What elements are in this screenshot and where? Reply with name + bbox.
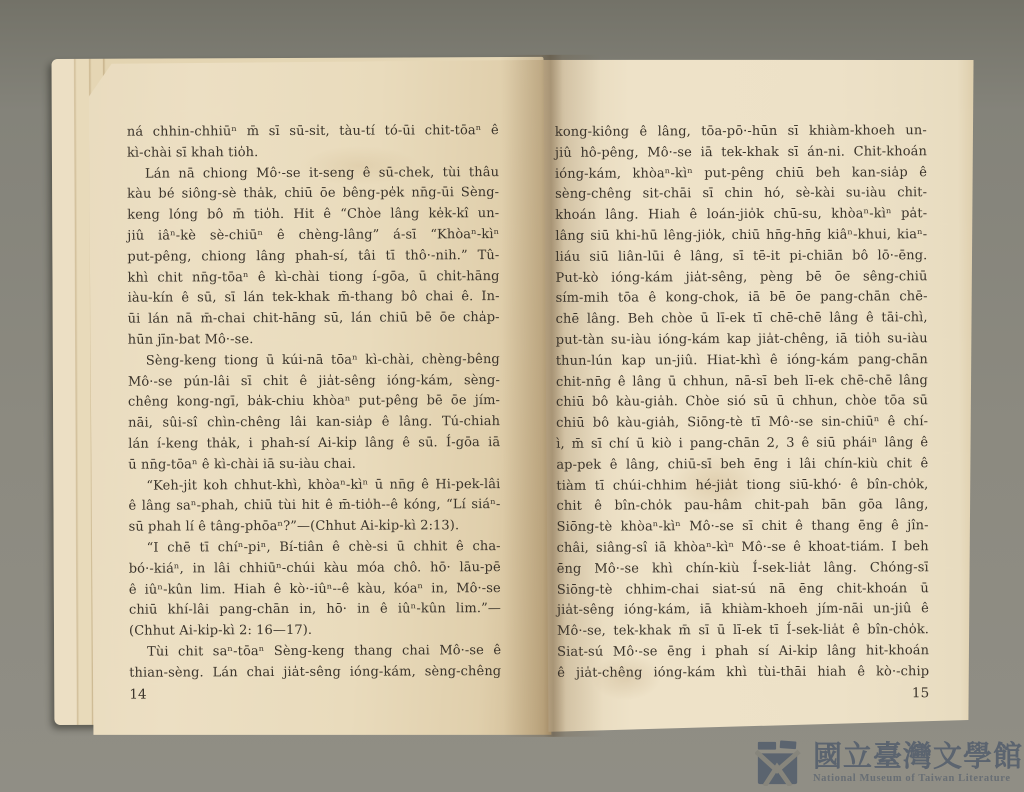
text-line: Tùi chit saⁿ-tōaⁿ Sèng-keng thang chai M… [129,641,501,663]
text-line: Siat-sú Mô·-se ēng i phah sí Ai-ki̍p lân… [557,641,929,663]
text-line: nāi, sûi-sî chìn-chêng lâi kan-sia̍p ê l… [128,412,500,434]
text-line: jiû hô-pêng, Mô·-se iā tek-khak sī án-ni… [555,142,927,164]
text-line: Put-kò ióng-kám jia̍t-sêng, pèng bē ōe s… [555,267,927,289]
book-spread: ná chhin-chhiūⁿ m̄ sī sū-si̍t, tàu-tí tó… [49,53,978,741]
text-line: chit ê bîn-cho̍k pau-hâm chit-pah bān gō… [556,496,928,518]
text-line: ióng-kám, khòaⁿ-kìⁿ put-pêng chiū beh ka… [555,163,927,185]
text-line: kong-kiông ê lâng, tōa-pō·-hūn sī khiàm-… [555,121,927,143]
text-line: tiàm tī chúi-chhim hé-jia̍t tiong siū-kh… [556,475,928,497]
page-left-text: ná chhin-chhiūⁿ m̄ sī sū-si̍t, tàu-tí tó… [127,121,502,705]
text-line: jia̍t-sêng ióng-kám, iā khiàm-khoeh jím-… [557,600,929,622]
text-line: ê jia̍t-chêng ióng-kám khì tùi-thāi hiah… [557,662,929,684]
page-left-lines: ná chhin-chhiūⁿ m̄ sī sū-si̍t, tàu-tí tó… [127,121,501,684]
text-line: liáu siū liân-lūi ê lâng, sī tē-it pi-ch… [555,246,927,268]
museum-logo-icon [755,740,801,786]
text-line: jiû iâⁿ-kè sè-chiūⁿ ê chèng-lâng” á-sī “… [127,225,499,247]
text-line: sím-mih tōa ê kong-chok, iā bē ōe pang-c… [556,288,928,310]
text-line: Mô·-se, tek-khak m̄ sī ū lī-ek tī Í-sek-… [557,620,929,642]
text-line: “Keh-ji̍t koh chhut-khì, khòaⁿ-kìⁿ ū nn̄… [128,475,500,497]
text-line: ap-pek ê lâng, chiū-sī beh ēng i lâi chí… [556,454,928,476]
text-line: khoán lâng. Hiah ê loán-jio̍k chū-su, kh… [555,204,927,226]
text-line: Mô·-se pún-lâi sī chi̍t ê jia̍t-sêng ión… [128,371,500,393]
text-line: ná chhin-chhiūⁿ m̄ sī sū-si̍t, tàu-tí tó… [127,121,499,143]
text-line: ū nn̄g-tōaⁿ ê kì-chài iā su-iàu chai. [128,454,500,476]
text-line: lán í-keng tha̍k, i phah-sí Ai-ki̍p lâng… [128,433,500,455]
museum-name-en: National Museum of Taiwan Literature [813,773,1023,784]
text-line: chiū khí-lâi pang-chān in, hō· in ê iûⁿ-… [129,599,501,621]
page-right-text: kong-kiông ê lâng, tōa-pō·-hūn sī khiàm-… [555,121,930,705]
text-line: keng lóng bô m̄ tio̍h. Hit ê “Chòe lâng … [127,204,499,226]
page-number-left: 14 [129,683,501,705]
text-line: Lán nā chiong Mô·-se it-seng ê sū-chek, … [127,163,499,185]
text-line: ì, m̄ sī chí ū kiò i pang-chān 2, 3 ê si… [556,433,928,455]
text-line: Siōng-tè khòaⁿ-kìⁿ Mô·-se sī chit ê than… [557,516,929,538]
text-line: châi, siâng-sî iā khòaⁿ-kìⁿ Mô·-se ê kho… [557,537,929,559]
text-line: thun-lún kap un-jiû. Hiat-khì ê ióng-kám… [556,350,928,372]
text-line: ūi lán nā m̄-chai chit-hāng sū, lán chiū… [128,308,500,330]
text-line: ê lâng saⁿ-phah, chiū tùi hit ê m̄-tio̍h… [128,495,500,517]
text-line: Siōng-tè chhim-chai siat-sú nā ēng chit-… [557,579,929,601]
text-line: khì chit nn̄g-tōaⁿ ê kì-chài tiong í-gōa… [127,267,499,289]
text-line: chiū bô kàu-gia̍h, Siōng-tè tī Mô·-se si… [556,412,928,434]
text-line: ēng Mô·-se khì chín-kiù Í-sek-lia̍t lâng… [557,558,929,580]
text-line: Sèng-keng tiong ū kúi-nā tōaⁿ kì-chài, c… [128,350,500,372]
text-line: “I chē tī chíⁿ-piⁿ, Bí-tiân ê chè-si ū c… [129,537,501,559]
text-line: chē lâng. Beh chòe ū lī-ek tī chē-chē lâ… [556,308,928,330]
text-line: chêng kong-ngī, ba̍k-chiu khòaⁿ put-pêng… [128,391,500,413]
photo-background: ná chhin-chhiūⁿ m̄ sī sū-si̍t, tàu-tí tó… [0,0,1024,792]
museum-watermark: 國立臺灣文學館 National Museum of Taiwan Litera… [755,740,1023,786]
text-line: sū phah lí ê tâng-phōaⁿ?”—(Chhut Ai-ki̍p… [129,516,501,538]
text-line: lâng siū khi-hū lêng-jio̍k, chiū hn̄g-hn… [555,225,927,247]
text-line: kàu bé siông-sè tha̍k, chiū ōe bêng-pe̍k… [127,183,499,205]
text-line: chit-nn̄g ê lâng ū chhun, nā-sī beh lī-e… [556,371,928,393]
text-line: thian-sèng. Lán chai jia̍t-sêng ióng-kám… [129,662,501,684]
text-line: hūn jīn-bat Mô·-se. [128,329,500,351]
text-line: kì-chài sī khah tio̍h. [127,142,499,164]
text-line: put-tàn su-iàu ióng-kám kap jia̍t-chêng,… [556,329,928,351]
page-right-lines: kong-kiông ê lâng, tōa-pō·-hūn sī khiàm-… [555,121,929,684]
text-line: put-pêng, chiong lâng phah-sí, tâi tī th… [127,246,499,268]
text-line: (Chhut Ai-ki̍p-kì 2: 16—17). [129,620,501,642]
text-line: chiū bô kàu-gia̍h. Chòe sió sū ū chhun, … [556,392,928,414]
page-number-right: 15 [557,683,929,705]
text-line: sèng-chêng sit-chāi sī chin hó, sè-kài s… [555,184,927,206]
museum-name-cjk: 國立臺灣文學館 [813,740,1023,772]
text-line: ê iûⁿ-kûn lim. Hiah ê kò·-iûⁿ--ê kàu, kó… [129,579,501,601]
text-line: iàu-kín ê sū, sī lán tek-khak m̄-thang b… [128,287,500,309]
text-line: bó·-kiáⁿ, in lâi chhiūⁿ-chúi kàu móa chô… [129,558,501,580]
